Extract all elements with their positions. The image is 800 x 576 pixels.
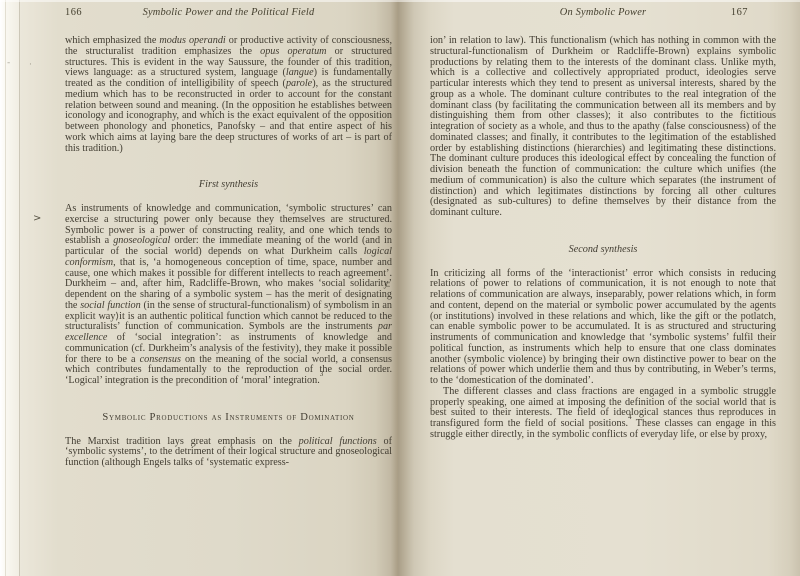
paragraph: The Marxist tradition lays great emphasi…: [65, 437, 392, 469]
right-page-text: ion’ in relation to law). This functiona…: [430, 36, 776, 441]
page-edge-line: [5, 0, 6, 576]
right-page: On Symbolic Power 167 ion’ in relation t…: [398, 0, 800, 576]
right-page-header: On Symbolic Power 167: [430, 7, 776, 23]
left-page-header: 166 Symbolic Power and the Political Fie…: [65, 7, 392, 23]
running-head-right: On Symbolic Power: [430, 7, 776, 18]
handwritten-mark: ⟩: [115, 311, 119, 322]
left-page-text: which emphasized the modus operandi or p…: [65, 36, 392, 469]
paragraph: As instruments of knowledge and communic…: [65, 204, 392, 387]
page-edge-left: [0, 0, 20, 576]
paragraph: In criticizing all forms of the ‘interac…: [430, 269, 776, 387]
paragraph: which emphasized the modus operandi or p…: [65, 36, 392, 154]
page-number-right: 167: [731, 7, 748, 18]
running-head-left: Symbolic Power and the Political Field: [65, 7, 392, 18]
paragraph: ion’ in relation to law). This functiona…: [430, 36, 776, 219]
section-heading: Symbolic Productions as Instruments of D…: [65, 413, 392, 424]
left-page: 166 Symbolic Power and the Political Fie…: [20, 0, 398, 576]
section-heading: First synthesis: [65, 180, 392, 191]
book-scan: 166 Symbolic Power and the Political Fie…: [0, 0, 800, 576]
section-heading: Second synthesis: [430, 245, 776, 256]
paragraph: The different classes and class fraction…: [430, 387, 776, 441]
